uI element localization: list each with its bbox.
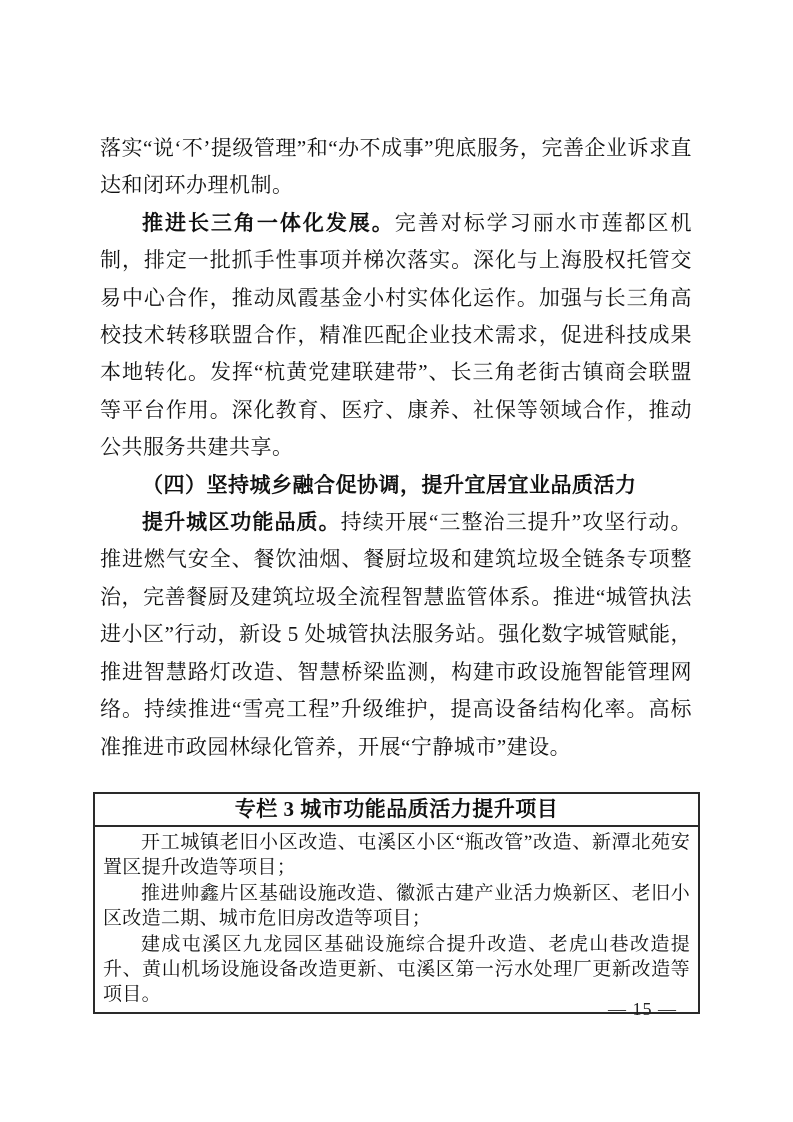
paragraph-text: 落实“说‘不’提级管理”和“办不成事”兜底服务，完善企业诉求直达和闭环办理机制。 xyxy=(100,136,692,197)
special-column-box: 专栏 3 城市功能品质活力提升项目 开工城镇老旧小区改造、屯溪区小区“瓶改管”改… xyxy=(93,792,700,1014)
paragraph-urban-function-quality: 提升城区功能品质。持续开展“三整治三提升”攻坚行动。推进燃气安全、餐饮油烟、餐厨… xyxy=(100,504,692,766)
page-number: — 15 — xyxy=(608,999,677,1020)
special-column-item: 推进帅鑫片区基础设施改造、徽派古建产业活力焕新区、老旧小区改造二期、城市危旧房改… xyxy=(103,881,690,932)
special-column-items: 开工城镇老旧小区改造、屯溪区小区“瓶改管”改造、新潭北苑安置区提升改造等项目；推… xyxy=(95,827,698,1012)
paragraph-text: 持续开展“三整治三提升”攻坚行动。推进燃气安全、餐饮油烟、餐厨垃圾和建筑垃圾全链… xyxy=(100,510,692,758)
paragraph-bold-lead: 提升城区功能品质。 xyxy=(142,510,341,534)
paragraph-text: 完善对标学习丽水市莲都区机制，排定一批抓手性事项并梯次落实。深化与上海股权托管交… xyxy=(100,211,692,459)
special-column-item: 开工城镇老旧小区改造、屯溪区小区“瓶改管”改造、新潭北苑安置区提升改造等项目； xyxy=(103,830,690,881)
document-page: 落实“说‘不’提级管理”和“办不成事”兜底服务，完善企业诉求直达和闭环办理机制。… xyxy=(0,0,793,1122)
paragraph-enterprise-service: 落实“说‘不’提级管理”和“办不成事”兜底服务，完善企业诉求直达和闭环办理机制。 xyxy=(100,130,692,205)
special-column-title: 专栏 3 城市功能品质活力提升项目 xyxy=(95,794,698,827)
paragraph-bold-lead: 推进长三角一体化发展。 xyxy=(142,211,395,235)
paragraph-yangtze-delta-integration: 推进长三角一体化发展。完善对标学习丽水市莲都区机制，排定一批抓手性事项并梯次落实… xyxy=(100,205,692,467)
document-body: 落实“说‘不’提级管理”和“办不成事”兜底服务，完善企业诉求直达和闭环办理机制。… xyxy=(100,130,692,1014)
special-column-item: 建成屯溪区九龙园区基础设施综合提升改造、老虎山巷改造提升、黄山机场设施设备改造更… xyxy=(103,932,690,1008)
section-heading-4: （四）坚持城乡融合促协调，提升宜居宜业品质活力 xyxy=(100,467,692,504)
